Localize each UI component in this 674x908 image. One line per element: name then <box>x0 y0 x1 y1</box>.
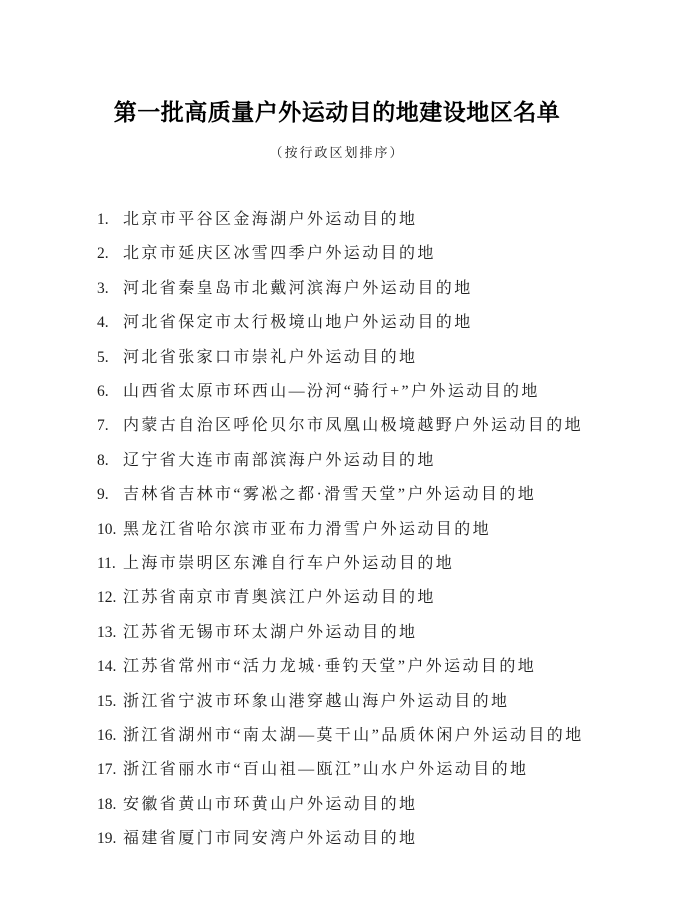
item-text: 浙江省宁波市环象山港穿越山海户外运动目的地 <box>123 685 509 719</box>
list-item: 11.上海市崇明区东滩自行车户外运动目的地 <box>97 547 634 581</box>
item-text: 吉林省吉林市“雾凇之都·滑雪天堂”户外运动目的地 <box>123 478 536 512</box>
list-item: 16.浙江省湖州市“南太湖—莫干山”品质休闲户外运动目的地 <box>97 719 634 753</box>
item-text: 福建省厦门市同安湾户外运动目的地 <box>123 822 417 856</box>
item-number: 11. <box>97 547 123 581</box>
item-number: 6. <box>97 375 123 409</box>
item-text: 安徽省黄山市环黄山户外运动目的地 <box>123 788 417 822</box>
item-number: 18. <box>97 788 123 822</box>
list-item: 14.江苏省常州市“活力龙城·垂钓天堂”户外运动目的地 <box>97 650 634 684</box>
item-number: 5. <box>97 341 123 375</box>
document-title: 第一批高质量户外运动目的地建设地区名单 <box>0 98 674 128</box>
list-item: 5.河北省张家口市崇礼户外运动目的地 <box>97 341 634 375</box>
item-text: 河北省保定市太行极境山地户外运动目的地 <box>123 306 473 340</box>
item-number: 12. <box>97 581 123 615</box>
list-item: 9.吉林省吉林市“雾凇之都·滑雪天堂”户外运动目的地 <box>97 478 634 512</box>
item-number: 15. <box>97 685 123 719</box>
list-item: 7.内蒙古自治区呼伦贝尔市凤凰山极境越野户外运动目的地 <box>97 409 634 443</box>
list-item: 18.安徽省黄山市环黄山户外运动目的地 <box>97 788 634 822</box>
item-text: 黑龙江省哈尔滨市亚布力滑雪户外运动目的地 <box>123 513 491 547</box>
item-text: 河北省秦皇岛市北戴河滨海户外运动目的地 <box>123 272 473 306</box>
item-text: 江苏省南京市青奥滨江户外运动目的地 <box>123 581 436 615</box>
list-item: 13.江苏省无锡市环太湖户外运动目的地 <box>97 616 634 650</box>
list-item: 15.浙江省宁波市环象山港穿越山海户外运动目的地 <box>97 685 634 719</box>
item-number: 4. <box>97 306 123 340</box>
item-text: 江苏省常州市“活力龙城·垂钓天堂”户外运动目的地 <box>123 650 536 684</box>
list-item: 4.河北省保定市太行极境山地户外运动目的地 <box>97 306 634 340</box>
item-number: 16. <box>97 719 123 753</box>
item-text: 北京市平谷区金海湖户外运动目的地 <box>123 203 417 237</box>
destination-list: 1.北京市平谷区金海湖户外运动目的地2.北京市延庆区冰雪四季户外运动目的地3.河… <box>0 203 674 856</box>
item-number: 3. <box>97 272 123 306</box>
item-number: 13. <box>97 616 123 650</box>
item-text: 浙江省丽水市“百山祖—瓯江”山水户外运动目的地 <box>123 753 528 787</box>
item-text: 江苏省无锡市环太湖户外运动目的地 <box>123 616 417 650</box>
item-text: 内蒙古自治区呼伦贝尔市凤凰山极境越野户外运动目的地 <box>123 409 583 443</box>
list-item: 2.北京市延庆区冰雪四季户外运动目的地 <box>97 237 634 271</box>
list-item: 1.北京市平谷区金海湖户外运动目的地 <box>97 203 634 237</box>
item-text: 河北省张家口市崇礼户外运动目的地 <box>123 341 417 375</box>
item-number: 10. <box>97 513 123 547</box>
list-item: 8.辽宁省大连市南部滨海户外运动目的地 <box>97 444 634 478</box>
item-number: 9. <box>97 478 123 512</box>
list-item: 19.福建省厦门市同安湾户外运动目的地 <box>97 822 634 856</box>
item-number: 8. <box>97 444 123 478</box>
item-number: 17. <box>97 753 123 787</box>
list-item: 10.黑龙江省哈尔滨市亚布力滑雪户外运动目的地 <box>97 513 634 547</box>
document-subtitle: （按行政区划排序） <box>0 144 674 162</box>
list-item: 17.浙江省丽水市“百山祖—瓯江”山水户外运动目的地 <box>97 753 634 787</box>
item-text: 上海市崇明区东滩自行车户外运动目的地 <box>123 547 454 581</box>
item-text: 北京市延庆区冰雪四季户外运动目的地 <box>123 237 436 271</box>
item-number: 14. <box>97 650 123 684</box>
document-page: 第一批高质量户外运动目的地建设地区名单 （按行政区划排序） 1.北京市平谷区金海… <box>0 0 674 908</box>
item-text: 浙江省湖州市“南太湖—莫干山”品质休闲户外运动目的地 <box>123 719 584 753</box>
item-text: 辽宁省大连市南部滨海户外运动目的地 <box>123 444 436 478</box>
list-item: 6.山西省太原市环西山—汾河“骑行+”户外运动目的地 <box>97 375 634 409</box>
list-item: 3.河北省秦皇岛市北戴河滨海户外运动目的地 <box>97 272 634 306</box>
item-number: 1. <box>97 203 123 237</box>
item-number: 7. <box>97 409 123 443</box>
item-number: 2. <box>97 237 123 271</box>
list-item: 12.江苏省南京市青奥滨江户外运动目的地 <box>97 581 634 615</box>
item-number: 19. <box>97 822 123 856</box>
item-text: 山西省太原市环西山—汾河“骑行+”户外运动目的地 <box>123 375 540 409</box>
